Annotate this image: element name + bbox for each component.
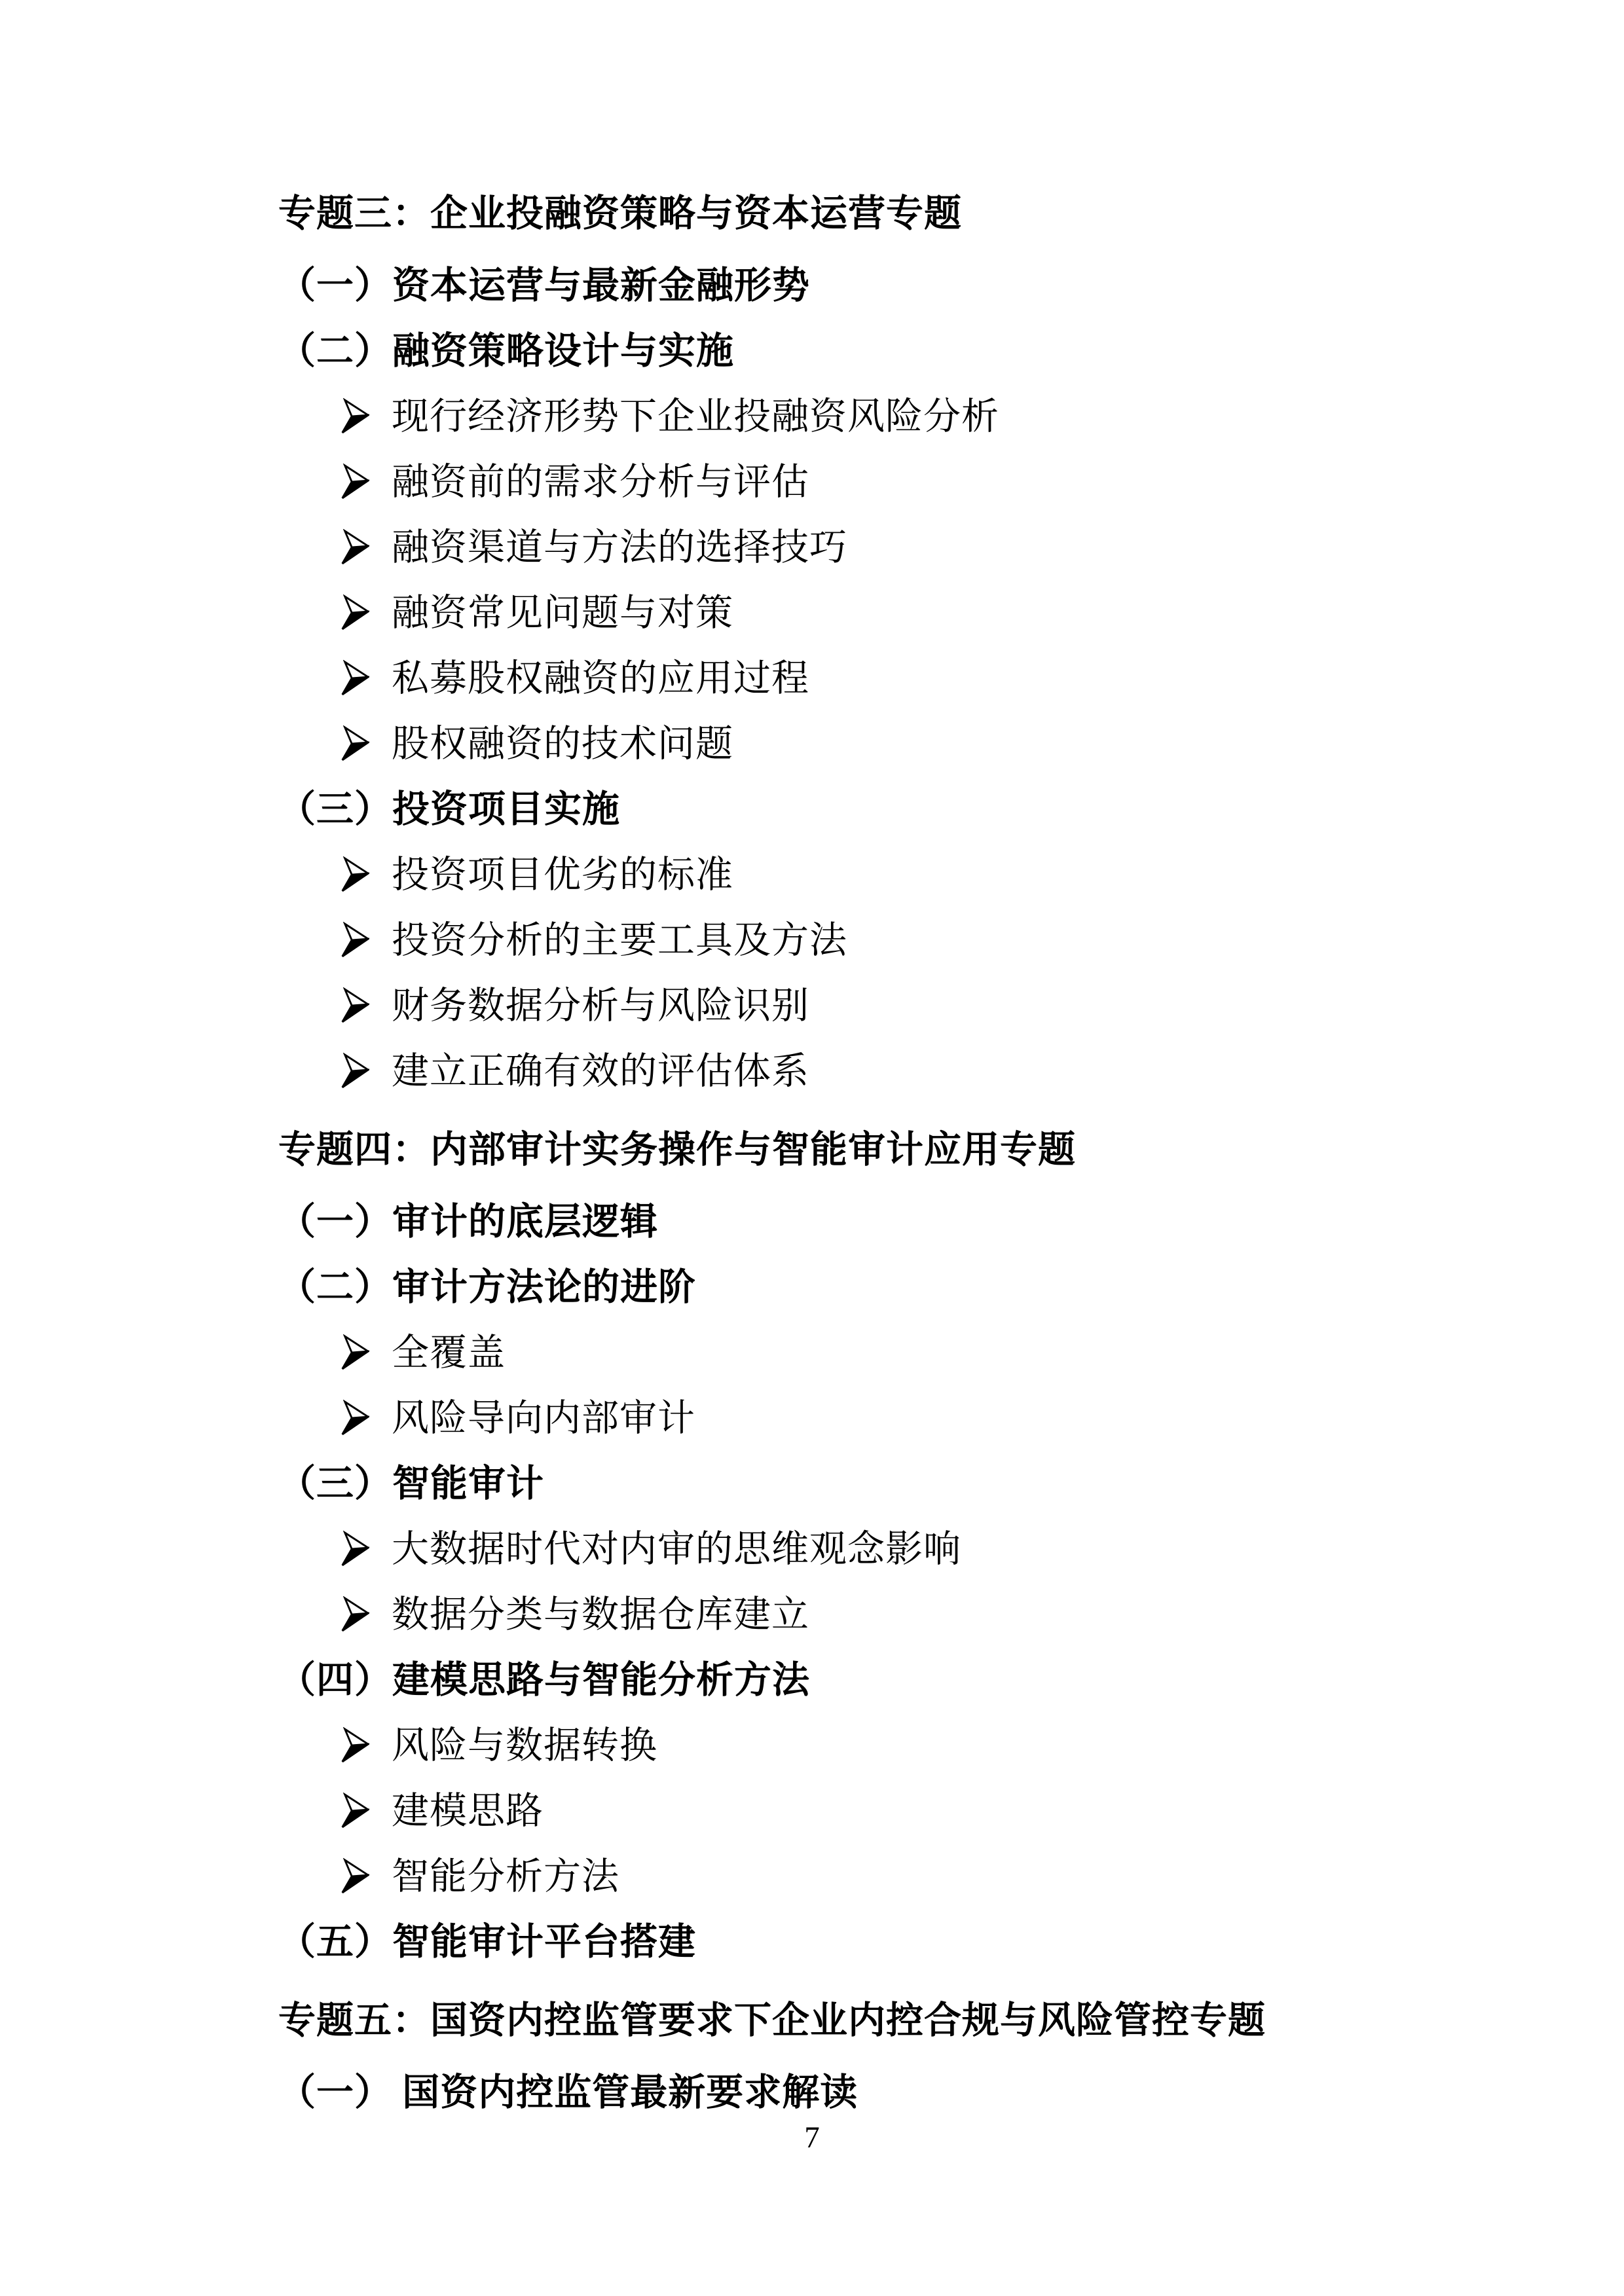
bullet-item: 投资分析的主要工具及方法 <box>278 907 1559 973</box>
heading-text: 专题五：国资内控监管要求下企业内控合规与风险管控专题 <box>278 2002 1266 2039</box>
bullet-text: 融资常见问题与对策 <box>392 594 733 632</box>
section-heading: （二）融资策略设计与实施 <box>278 318 1559 384</box>
arrowhead-right-icon <box>341 1334 369 1371</box>
arrowhead-right-icon <box>341 398 369 435</box>
bullet-text: 智能分析方法 <box>392 1858 619 1895</box>
bullet-item: 财务数据分析与风险识别 <box>278 973 1559 1038</box>
bullet-item: 融资前的需求分析与评估 <box>278 449 1559 515</box>
section-heading: （二）审计方法论的进阶 <box>278 1254 1559 1320</box>
heading-text: （三）智能审计 <box>278 1465 544 1503</box>
section-heading: （三）智能审计 <box>278 1451 1559 1516</box>
section-heading: （一）审计的底层逻辑 <box>278 1189 1559 1254</box>
bullet-text: 建立正确有效的评估体系 <box>392 1053 809 1090</box>
arrowhead-right-icon <box>341 725 369 762</box>
heading-text: （二）审计方法论的进阶 <box>278 1269 696 1306</box>
heading-text: （四）建模思路与智能分析方法 <box>278 1662 810 1699</box>
arrowhead-right-icon <box>341 529 369 566</box>
bullet-item: 建立正确有效的评估体系 <box>278 1038 1559 1104</box>
arrowhead-right-icon <box>341 856 369 893</box>
bullet-item: 大数据时代对内审的思维观念影响 <box>278 1516 1559 1582</box>
bullet-text: 风险与数据转换 <box>392 1727 657 1764</box>
bullet-item: 投资项目优劣的标准 <box>278 842 1559 907</box>
bullet-text: 建模思路 <box>392 1793 544 1830</box>
arrowhead-right-icon <box>341 1858 369 1895</box>
bullet-item: 风险导向内部审计 <box>278 1385 1559 1451</box>
bullet-item: 现行经济形势下企业投融资风险分析 <box>278 384 1559 449</box>
bullet-text: 现行经济形势下企业投融资风险分析 <box>392 398 999 435</box>
arrowhead-right-icon <box>341 594 369 631</box>
arrowhead-right-icon <box>341 922 369 958</box>
bullet-text: 投资项目优劣的标准 <box>392 856 733 894</box>
heading-text: （一） 国资内控监管最新要求解读 <box>278 2074 858 2111</box>
page-number: 7 <box>0 2120 1624 2155</box>
bullet-text: 风险导向内部审计 <box>392 1400 695 1437</box>
bullet-text: 融资渠道与方法的选择技巧 <box>392 529 847 566</box>
heading-text: （三）投资项目实施 <box>278 791 620 828</box>
arrowhead-right-icon <box>341 464 369 500</box>
bullet-text: 数据分类与数据仓库建立 <box>392 1596 809 1633</box>
bullet-text: 全覆盖 <box>392 1334 506 1372</box>
bullet-text: 财务数据分析与风险识别 <box>392 987 809 1025</box>
topic-heading: 专题四：内部审计实务操作与智能审计应用专题 <box>278 1117 1559 1182</box>
heading-text: 专题四：内部审计实务操作与智能审计应用专题 <box>278 1131 1076 1169</box>
bullet-item: 股权融资的技术问题 <box>278 711 1559 776</box>
arrowhead-right-icon <box>341 660 369 697</box>
topic-heading: 专题五：国资内控监管要求下企业内控合规与风险管控专题 <box>278 1988 1559 2053</box>
bullet-text: 私募股权融资的应用过程 <box>392 660 809 697</box>
bullet-item: 融资渠道与方法的选择技巧 <box>278 515 1559 580</box>
arrowhead-right-icon <box>341 1053 369 1089</box>
bullet-item: 建模思路 <box>278 1778 1559 1844</box>
bullet-text: 投资分析的主要工具及方法 <box>392 922 847 959</box>
document-page: 专题三：企业投融资策略与资本运营专题（一）资本运营与最新金融形势（二）融资策略设… <box>0 0 1624 2296</box>
arrowhead-right-icon <box>341 1400 369 1436</box>
section-heading: （一） 国资内控监管最新要求解读 <box>278 2060 1559 2125</box>
bullet-item: 融资常见问题与对策 <box>278 580 1559 646</box>
bullet-item: 私募股权融资的应用过程 <box>278 646 1559 711</box>
heading-text: （二）融资策略设计与实施 <box>278 333 734 370</box>
section-heading: （四）建模思路与智能分析方法 <box>278 1647 1559 1713</box>
arrowhead-right-icon <box>341 1596 369 1633</box>
arrowhead-right-icon <box>341 1531 369 1567</box>
section-heading: （五）智能审计平台搭建 <box>278 1909 1559 1975</box>
bullet-text: 融资前的需求分析与评估 <box>392 464 809 501</box>
heading-text: （一）审计的底层逻辑 <box>278 1203 658 1241</box>
bullet-text: 大数据时代对内审的思维观念影响 <box>392 1531 961 1568</box>
topic-heading: 专题三：企业投融资策略与资本运营专题 <box>278 181 1559 246</box>
bullet-item: 风险与数据转换 <box>278 1713 1559 1778</box>
arrowhead-right-icon <box>341 1793 369 1829</box>
section-heading: （三）投资项目实施 <box>278 776 1559 842</box>
arrowhead-right-icon <box>341 1727 369 1764</box>
heading-text: 专题三：企业投融资策略与资本运营专题 <box>278 195 962 232</box>
bullet-item: 智能分析方法 <box>278 1844 1559 1909</box>
outline-content: 专题三：企业投融资策略与资本运营专题（一）资本运营与最新金融形势（二）融资策略设… <box>278 168 1559 2125</box>
section-heading: （一）资本运营与最新金融形势 <box>278 253 1559 318</box>
arrowhead-right-icon <box>341 987 369 1024</box>
bullet-item: 全覆盖 <box>278 1320 1559 1385</box>
bullet-text: 股权融资的技术问题 <box>392 725 733 763</box>
bullet-item: 数据分类与数据仓库建立 <box>278 1582 1559 1647</box>
heading-text: （五）智能审计平台搭建 <box>278 1923 696 1961</box>
heading-text: （一）资本运营与最新金融形势 <box>278 267 810 304</box>
